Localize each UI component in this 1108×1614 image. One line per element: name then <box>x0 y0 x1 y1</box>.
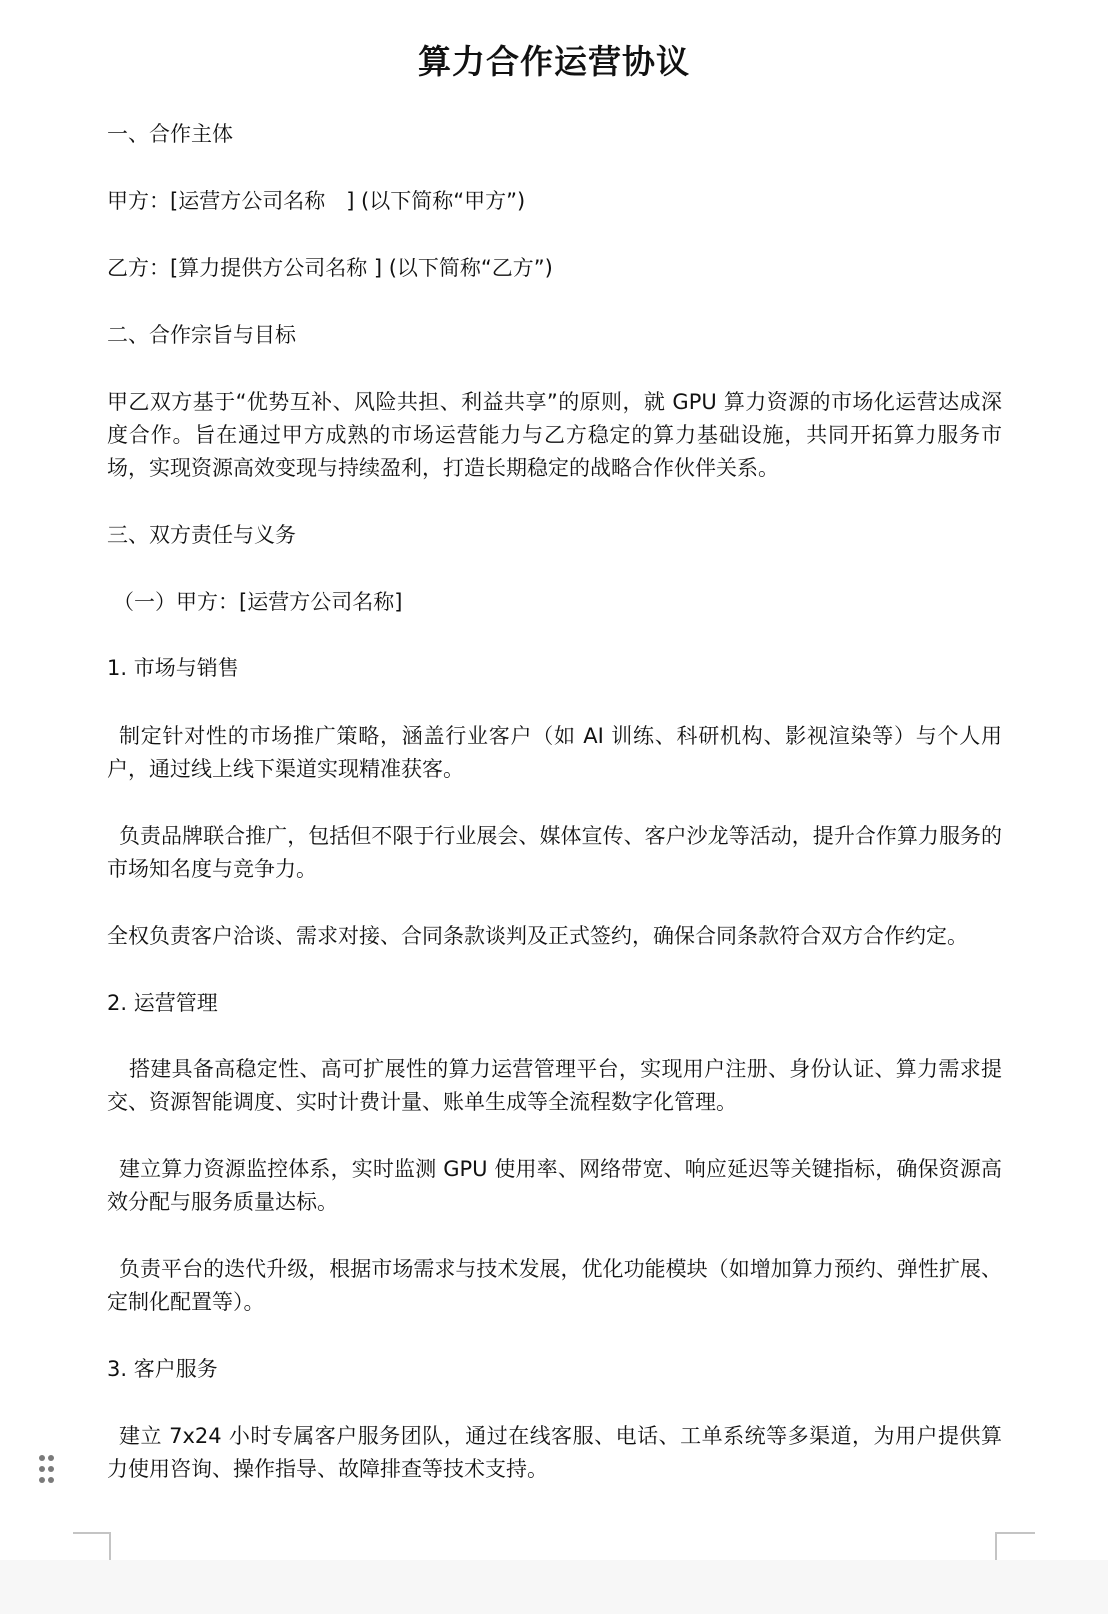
marketing-paragraph-2: 负责品牌联合推广，包括但不限于行业展会、媒体宣传、客户沙龙等活动，提升合作算力服… <box>107 820 1002 886</box>
section-heading-2: 二、合作宗旨与目标 <box>107 319 1002 352</box>
section-heading-3: 三、双方责任与义务 <box>107 519 1002 552</box>
document-title: 算力合作运营协议 <box>0 36 1108 83</box>
document-page: 算力合作运营协议 一、合作主体 甲方：[运营方公司名称 ] (以下简称“甲方”)… <box>0 0 1108 1560</box>
section-heading-1: 一、合作主体 <box>107 118 1002 151</box>
marketing-paragraph-3: 全权负责客户洽谈、需求对接、合同条款谈判及正式签约，确保合同条款符合双方合作约定… <box>107 920 1002 953</box>
page-gap <box>0 1560 1108 1614</box>
party-a-line: 甲方：[运营方公司名称 ] (以下简称“甲方”) <box>107 185 1002 218</box>
subsection-party-a: （一）甲方：[运营方公司名称] <box>113 586 1008 619</box>
operations-paragraph-2: 建立算力资源监控体系，实时监测 GPU 使用率、网络带宽、响应延迟等关键指标，确… <box>107 1153 1002 1219</box>
service-paragraph-1: 建立 7x24 小时专属客户服务团队，通过在线客服、电话、工单系统等多渠道，为用… <box>107 1420 1002 1486</box>
marketing-paragraph-1: 制定针对性的市场推广策略，涵盖行业客户（如 AI 训练、科研机构、影视渲染等）与… <box>107 720 1002 786</box>
purpose-paragraph: 甲乙双方基于“优势互补、风险共担、利益共享”的原则，就 GPU 算力资源的市场化… <box>107 386 1002 485</box>
operations-paragraph-3: 负责平台的迭代升级，根据市场需求与技术发展，优化功能模块（如增加算力预约、弹性扩… <box>107 1253 1002 1319</box>
item-heading-service: 3. 客户服务 <box>107 1353 1002 1386</box>
item-heading-operations: 2. 运营管理 <box>107 987 1002 1020</box>
party-b-line: 乙方：[算力提供方公司名称 ] (以下简称“乙方”) <box>107 252 1002 285</box>
item-heading-marketing: 1. 市场与销售 <box>107 652 1002 685</box>
operations-paragraph-1: 搭建具备高稳定性、高可扩展性的算力运营管理平台，实现用户注册、身份认证、算力需求… <box>107 1053 1002 1119</box>
drag-handle-icon[interactable] <box>37 1455 55 1483</box>
